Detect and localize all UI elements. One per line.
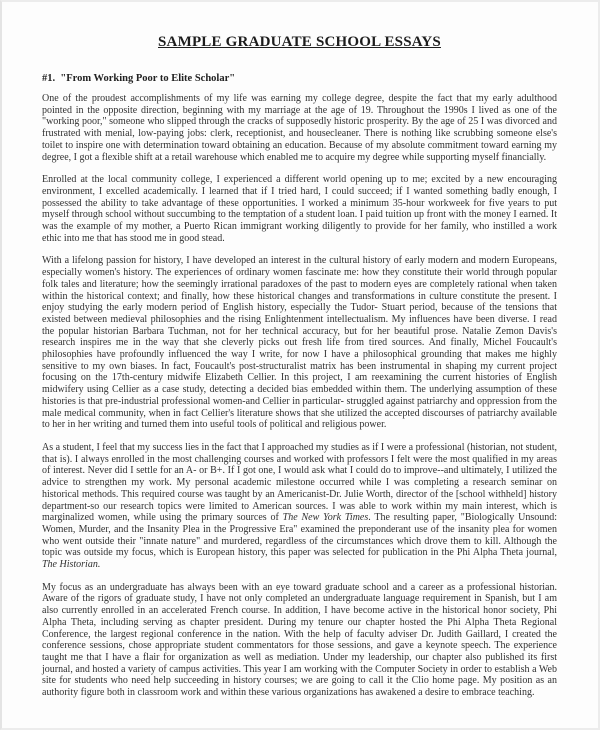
document-title: SAMPLE GRADUATE SCHOOL ESSAYS [42, 34, 557, 51]
essay-paragraph: Enrolled at the local community college,… [42, 174, 557, 244]
essay-paragraph: One of the proudest accomplishments of m… [42, 93, 557, 163]
paragraph-text: With a lifelong passion for history, I h… [42, 255, 557, 430]
essay-paragraph: My focus as an undergraduate has always … [42, 582, 557, 699]
italic-work-title: The New York Times [283, 512, 369, 523]
paragraph-text: As a student, I feel that my success lie… [42, 442, 557, 523]
italic-work-title: The Historian. [42, 559, 100, 570]
essay-body: One of the proudest accomplishments of m… [42, 93, 557, 699]
essay-paragraph: As a student, I feel that my success lie… [42, 442, 557, 571]
paragraph-text: Enrolled at the local community college,… [42, 174, 557, 244]
paragraph-text: One of the proudest accomplishments of m… [42, 93, 557, 163]
essay-heading: #1. "From Working Poor to Elite Scholar" [42, 73, 557, 84]
document-page: SAMPLE GRADUATE SCHOOL ESSAYS #1. "From … [0, 0, 600, 730]
paragraph-text: My focus as an undergraduate has always … [42, 582, 557, 698]
essay-paragraph: With a lifelong passion for history, I h… [42, 255, 557, 431]
